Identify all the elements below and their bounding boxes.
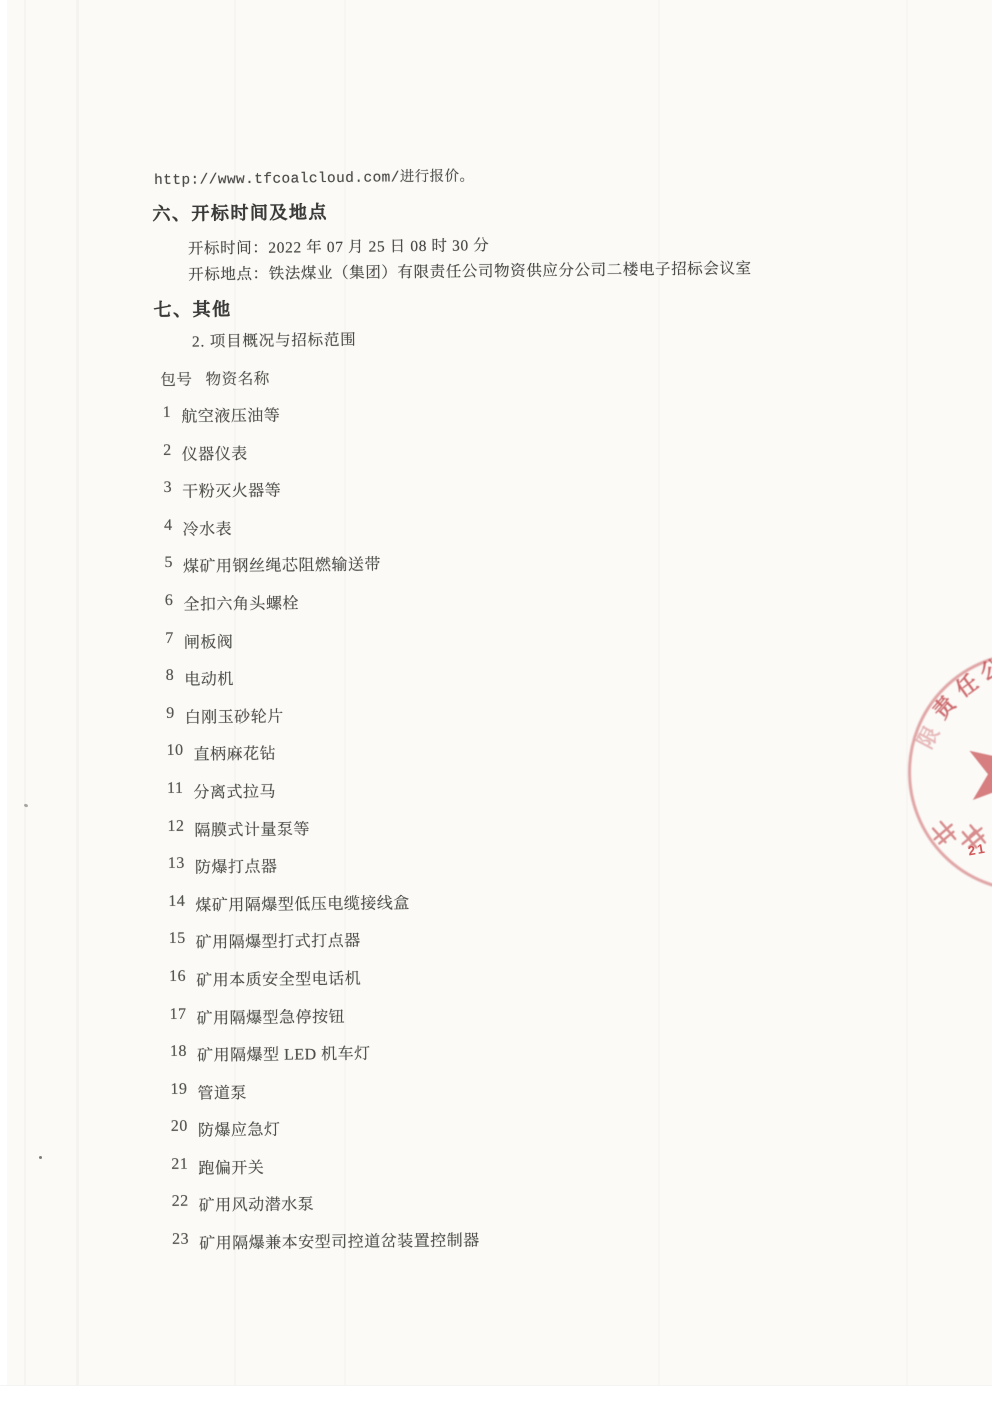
quote-url-line: http://www.tfcoalcloud.com/进行报价。 bbox=[154, 164, 474, 189]
package-name: 电动机 bbox=[184, 666, 234, 690]
package-number: 5 bbox=[164, 554, 173, 572]
package-row: 16 矿用本质安全型电话机 bbox=[169, 964, 477, 1005]
package-number: 11 bbox=[167, 780, 184, 798]
document-content: http://www.tfcoalcloud.com/进行报价。 六、开标时间及… bbox=[0, 0, 992, 1403]
package-name: 煤矿用钢丝绳芯阻燃输送带 bbox=[183, 552, 381, 577]
company-seal-stamp: 限 责 任 公 21 bbox=[872, 632, 992, 902]
package-number: 7 bbox=[165, 629, 174, 647]
package-number: 17 bbox=[169, 1005, 186, 1023]
package-row: 9 白刚玉砂轮片 bbox=[166, 701, 474, 742]
package-number: 20 bbox=[171, 1118, 188, 1136]
package-number: 3 bbox=[163, 479, 172, 497]
package-name: 矿用隔爆型 LED 机车灯 bbox=[197, 1041, 371, 1066]
package-name: 仪器仪表 bbox=[182, 441, 248, 465]
package-row: 13 防爆打点器 bbox=[168, 852, 476, 893]
scan-speck bbox=[39, 1156, 42, 1159]
package-number: 22 bbox=[172, 1193, 189, 1211]
package-row: 1 航空液压油等 bbox=[163, 400, 471, 441]
package-name: 干粉灭火器等 bbox=[182, 478, 281, 502]
package-row: 4 冷水表 bbox=[164, 513, 472, 554]
package-row: 5 煤矿用钢丝绳芯阻燃输送带 bbox=[164, 551, 472, 592]
package-number: 21 bbox=[171, 1156, 188, 1174]
bid-opening-time: 开标时间：2022 年 07 月 25 日 08 时 30 分 bbox=[188, 233, 490, 258]
package-row: 2 仪器仪表 bbox=[163, 438, 471, 479]
package-number: 4 bbox=[164, 517, 173, 535]
package-number: 16 bbox=[169, 968, 186, 986]
package-number: 10 bbox=[166, 742, 183, 760]
package-name: 矿用风动潜水泵 bbox=[199, 1192, 315, 1216]
package-row: 22 矿用风动潜水泵 bbox=[172, 1190, 480, 1231]
package-number: 12 bbox=[167, 817, 184, 835]
package-row: 3 干粉灭火器等 bbox=[163, 476, 471, 517]
scan-bottom-edge bbox=[0, 1385, 992, 1403]
package-name: 闸板阀 bbox=[184, 629, 234, 653]
column-material-name: 物资名称 bbox=[205, 371, 270, 389]
package-name: 管道泵 bbox=[197, 1080, 247, 1104]
package-row: 19 管道泵 bbox=[170, 1077, 478, 1118]
package-row: 6 全扣六角头螺栓 bbox=[165, 588, 473, 629]
package-name: 直柄麻花钻 bbox=[193, 741, 276, 765]
package-name: 航空液压油等 bbox=[181, 403, 280, 427]
bid-opening-place: 开标地点：铁法煤业（集团）有限责任公司物资供应分公司二楼电子招标会议室 bbox=[188, 256, 752, 284]
seal-illegible-marks bbox=[930, 808, 992, 870]
project-scope-subitem: 2. 项目概况与招标范围 bbox=[192, 328, 357, 352]
package-number: 23 bbox=[172, 1231, 189, 1249]
package-name: 防爆应急灯 bbox=[198, 1117, 281, 1141]
package-number: 9 bbox=[166, 705, 175, 723]
package-number: 19 bbox=[170, 1080, 187, 1098]
package-row: 8 电动机 bbox=[166, 664, 474, 705]
package-list-header: 包号物资名称 bbox=[160, 367, 270, 390]
package-row: 21 跑偏开关 bbox=[171, 1152, 479, 1193]
package-number: 6 bbox=[165, 592, 174, 610]
package-row: 23 矿用隔爆兼本安型司控道岔装置控制器 bbox=[172, 1227, 480, 1268]
package-row: 20 防爆应急灯 bbox=[171, 1115, 479, 1156]
package-number: 1 bbox=[163, 404, 172, 422]
seal-number: 21 bbox=[967, 841, 988, 859]
package-name: 白刚玉砂轮片 bbox=[185, 703, 284, 727]
package-row: 10 直柄麻花钻 bbox=[166, 739, 474, 780]
section-heading-other: 七、其他 bbox=[153, 295, 231, 322]
package-name: 隔膜式计量泵等 bbox=[194, 816, 310, 840]
package-number: 13 bbox=[168, 855, 185, 873]
package-name: 矿用隔爆型急停按钮 bbox=[196, 1003, 345, 1028]
package-row: 12 隔膜式计量泵等 bbox=[167, 814, 475, 855]
scanned-document-page: http://www.tfcoalcloud.com/进行报价。 六、开标时间及… bbox=[0, 0, 992, 1403]
package-name: 跑偏开关 bbox=[198, 1155, 264, 1179]
package-row: 17 矿用隔爆型急停按钮 bbox=[169, 1002, 477, 1043]
package-row: 14 煤矿用隔爆型低压电缆接线盒 bbox=[168, 889, 476, 930]
package-name: 煤矿用隔爆型低压电缆接线盒 bbox=[195, 890, 410, 915]
package-name: 矿用隔爆兼本安型司控道岔装置控制器 bbox=[199, 1227, 480, 1253]
package-name: 矿用隔爆型打式打点器 bbox=[196, 928, 361, 953]
package-number: 18 bbox=[170, 1043, 187, 1061]
package-list: 1 航空液压油等 2 仪器仪表 3 干粉灭火器等 4 冷水表 5 煤矿用钢丝绳芯… bbox=[163, 400, 480, 1268]
package-number: 8 bbox=[166, 667, 175, 685]
package-number: 2 bbox=[163, 441, 172, 459]
package-row: 15 矿用隔爆型打式打点器 bbox=[169, 927, 477, 968]
package-name: 分离式拉马 bbox=[193, 779, 276, 803]
package-name: 矿用本质安全型电话机 bbox=[196, 966, 361, 991]
section-heading-bid-opening: 六、开标时间及地点 bbox=[152, 198, 328, 226]
package-row: 7 闸板阀 bbox=[165, 626, 473, 667]
package-name: 防爆打点器 bbox=[195, 854, 278, 878]
package-name: 冷水表 bbox=[182, 516, 232, 540]
column-package-no: 包号 bbox=[160, 372, 192, 389]
package-name: 全扣六角头螺栓 bbox=[183, 590, 299, 614]
package-number: 15 bbox=[169, 930, 186, 948]
package-row: 18 矿用隔爆型 LED 机车灯 bbox=[170, 1040, 478, 1081]
seal-star-icon bbox=[960, 728, 992, 818]
package-number: 14 bbox=[168, 892, 185, 910]
package-row: 11 分离式拉马 bbox=[167, 776, 475, 817]
scan-left-edge bbox=[0, 0, 7, 1403]
